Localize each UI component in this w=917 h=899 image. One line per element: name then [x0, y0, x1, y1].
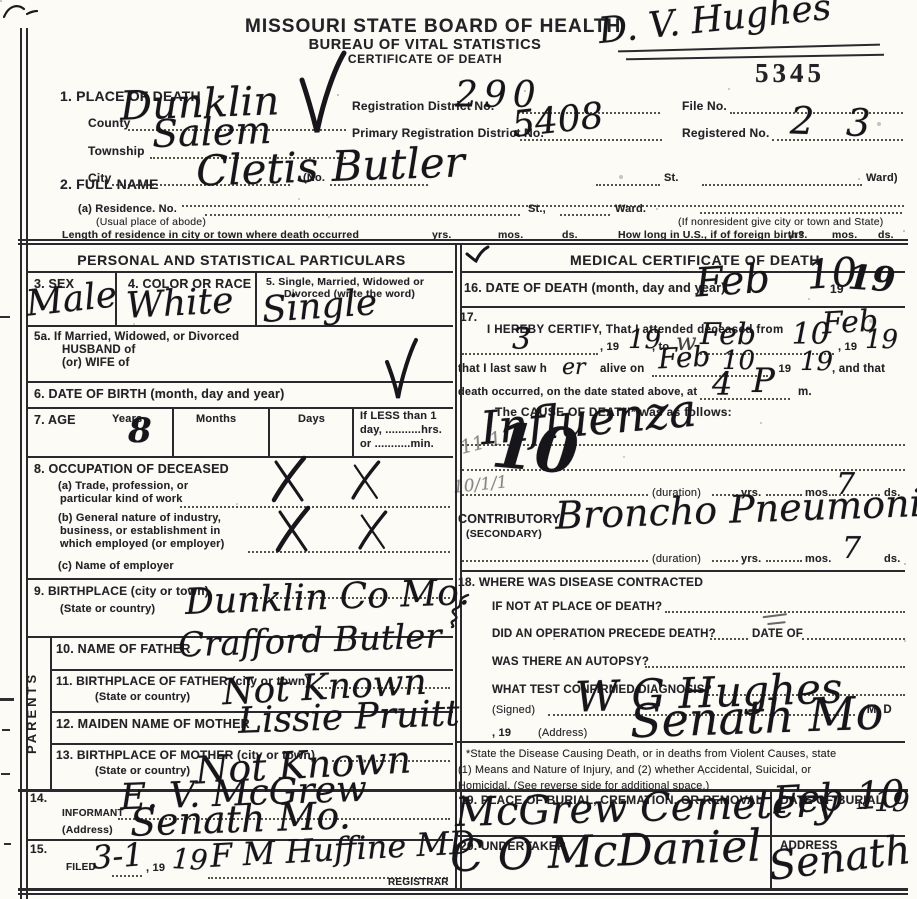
ward-dotted-line — [702, 184, 862, 186]
length-residence-label: Length of residence in city or town wher… — [62, 229, 359, 241]
filed-number: 15. — [30, 843, 47, 857]
attended-to-year-handwriting: 19 — [865, 327, 898, 353]
burial-year-handwriting: 19 — [874, 788, 910, 816]
cell-divider — [352, 407, 354, 456]
signed-year-label: , 19 — [492, 727, 511, 740]
last-saw-year-handwriting: 19 — [800, 349, 833, 375]
st-dotted-line — [596, 184, 660, 186]
margin-dash — [2, 729, 10, 731]
rule — [26, 325, 453, 327]
margin-dash — [4, 843, 11, 845]
occupation-c-label: (c) Name of employer — [58, 560, 174, 573]
attended-from-year-handwriting: 19 — [628, 327, 661, 353]
filed-date-handwriting: 3-1 — [91, 838, 145, 874]
item18-line1: IF NOT AT PLACE OF DEATH? — [492, 601, 662, 614]
age-months-label: Months — [196, 413, 236, 426]
rule — [26, 271, 453, 273]
duration2-dots — [766, 560, 802, 562]
checkmark-icon — [383, 338, 417, 400]
birthplace-value-handwriting: Dunklin Co Mo. — [184, 575, 470, 621]
sex-value-handwriting: Male — [24, 277, 118, 322]
personal-heading: PERSONAL AND STATISTICAL PARTICULARS — [30, 252, 453, 268]
duration2-ds-label: ds. — [884, 553, 901, 566]
cell-divider — [268, 407, 270, 456]
filed-label: Filed — [66, 862, 96, 874]
nonresident-note: (If nonresident give city or town and St… — [678, 216, 884, 228]
x-mark-icon — [272, 506, 312, 552]
item5a-line2: HUSBAND of — [62, 344, 136, 357]
full-name-value-handwriting: Cletis Butler — [195, 141, 465, 192]
occupation-heading: 8. OCCUPATION OF DECEASED — [34, 462, 229, 476]
duration2-mos-value-handwriting: 7 — [842, 534, 861, 564]
occupation-b-line3: which employed (or employer) — [60, 538, 225, 551]
residence-ward-label: Ward. — [615, 203, 646, 216]
margin-dash — [0, 316, 10, 318]
form-title: MISSOURI STATE BOARD OF HEALTH — [245, 16, 605, 38]
age-less-line1: If LESS than 1 — [360, 410, 437, 423]
corner-scribble-mark — [2, 2, 38, 20]
duration2-yrs-label: yrs. — [741, 553, 761, 566]
birthplace-label: 9. BIRTHPLACE (city or town) — [34, 585, 209, 599]
checkmark-icon — [465, 245, 489, 263]
father-name-label: 10. NAME OF FATHER — [56, 642, 191, 656]
duration2-label: (duration) — [652, 553, 701, 566]
rule-top-section-2 — [18, 243, 908, 245]
occupation-b-line1: (b) General nature of industry, — [58, 512, 221, 525]
certificate-number: 5345 — [755, 58, 825, 89]
signed-label: (Signed) — [492, 704, 535, 717]
occupation-b-line2: business, or establishment in — [60, 525, 220, 538]
item18-line2: DID AN OPERATION PRECEDE DEATH? — [492, 628, 716, 641]
race-value-handwriting: White — [125, 283, 234, 325]
mother-name-handwriting: Lissie Pruitt — [237, 696, 460, 740]
primary-reg-value-handwriting: 5408 — [510, 98, 605, 143]
attended-from-day-handwriting: 3 — [512, 325, 531, 355]
occupation-a-dotted-line — [180, 506, 450, 508]
alive-on-label: alive on — [600, 363, 644, 376]
age-years-value-handwriting: 8 — [128, 414, 152, 448]
informant-number: 14. — [30, 792, 47, 806]
parents-side-label: PARENTS — [24, 648, 44, 778]
top-signature-handwriting: D. V. Hughes — [597, 0, 833, 50]
ward-label: Ward) — [866, 172, 898, 185]
rule — [26, 407, 453, 409]
item18-heading: 18. WHERE WAS DISEASE CONTRACTED — [458, 576, 703, 590]
and-that-label: , and that — [832, 363, 885, 376]
date-of-death-label: 16. DATE OF DEATH (month, day and year) — [464, 281, 726, 295]
m-label: m. — [798, 386, 812, 399]
x-mark-icon — [355, 510, 389, 550]
filed-dotted-line — [112, 875, 142, 877]
informant-address-label: (Address) — [62, 824, 113, 836]
margin-dash — [1, 773, 10, 775]
contributory-value-handwriting: Broncho Pneumonia — [554, 483, 917, 535]
filed-year-handwriting: 19 — [171, 845, 208, 875]
registered-no-value-handwriting: 2 3 — [789, 101, 881, 142]
dod-year-handwriting: 19 — [847, 260, 897, 297]
birthplace-sublabel: (State or country) — [60, 603, 155, 616]
death-certificate-scan: MISSOURI STATE BOARD OF HEALTH BUREAU OF… — [0, 0, 917, 899]
township-label: Township — [88, 145, 145, 159]
attended-to-date-handwriting: Feb 10 — [700, 320, 830, 350]
last-saw-suffix-handwriting: er — [562, 357, 586, 379]
length-yrs-label: yrs. — [432, 229, 451, 241]
contributory-label: CONTRIBUTORY — [458, 512, 560, 526]
certify-year1-label: , 19 — [600, 341, 619, 354]
footnote-line2: (1) Means and Nature of Injury, and (2) … — [458, 764, 811, 776]
item5a-line3: (or) WIFE of — [62, 357, 130, 370]
residence-st-label: St., — [528, 203, 546, 216]
rule — [461, 570, 905, 572]
footnote-line1: *State the Disease Causing Death, or in … — [466, 748, 836, 760]
age-less-line3: or ...........min. — [360, 438, 434, 451]
cell-divider — [255, 271, 257, 325]
residence-ward-dotted-line — [560, 214, 610, 216]
duration2-mos-label: mos. — [805, 553, 831, 566]
last-saw-line-label: that I last saw h — [458, 363, 547, 376]
occupation-a-line1: (a) Trade, profession, or — [58, 480, 188, 493]
date-of-label: DATE OF — [752, 628, 803, 641]
signed-address-label: (Address) — [538, 727, 587, 740]
x-mark-icon — [348, 460, 382, 500]
father-birthplace-sublabel: (State or country) — [95, 691, 190, 704]
death-ampm-handwriting: P — [752, 364, 775, 398]
rule — [26, 456, 453, 458]
undertaker-handwriting: C O McDaniel — [449, 825, 762, 880]
registrar-label: Registrar — [388, 877, 449, 889]
item18-line3: WAS THERE AN AUTOPSY? — [492, 656, 649, 669]
file-no-label: File No. — [682, 100, 727, 114]
marital-value-handwriting: Single — [261, 285, 378, 329]
abode-note: (Usual place of abode) — [96, 216, 206, 228]
mother-name-label: 12. MAIDEN NAME OF MOTHER — [56, 717, 250, 731]
residence-dotted-line — [205, 214, 520, 216]
item5a-line1: 5a. If Married, Widowed, or Divorced — [34, 331, 239, 344]
us-length-label: How long in U.S., if of foreign birth? — [618, 229, 805, 241]
us-mos-label: mos. — [832, 229, 857, 241]
left-border-outer — [20, 28, 22, 899]
length-ds-label: ds. — [562, 229, 578, 241]
item18-dots-3 — [802, 638, 905, 640]
age-less-line2: day, ...........hrs. — [360, 424, 442, 437]
full-name-label: 2. FULL NAME — [60, 176, 159, 192]
father-name-handwriting: Crafford Butler — [177, 619, 442, 662]
us-yrs-label: yrs. — [788, 229, 807, 241]
item17-number: 17. — [460, 311, 477, 325]
cell-divider — [172, 407, 174, 456]
us-ds-label: ds. — [878, 229, 894, 241]
undertaker-address-handwriting: Senath Mo. — [766, 819, 917, 887]
margin-dash — [0, 698, 14, 701]
bottom-border-inner — [18, 893, 908, 895]
nonresident-dotted-line — [700, 212, 902, 214]
residence-label: (a) Residence. No. — [78, 203, 177, 216]
stray-scribble-mark — [446, 592, 472, 628]
physician-address-handwriting: Senath Mo — [629, 690, 884, 745]
length-mos-label: mos. — [498, 229, 523, 241]
informant-label: Informant — [62, 808, 124, 820]
dob-label: 6. DATE OF BIRTH (month, day and year) — [34, 387, 284, 401]
age-label: 7. AGE — [34, 413, 76, 427]
registered-no-label: Registered No. — [682, 127, 770, 141]
checkmark-icon — [296, 50, 346, 135]
filed-year-label: , 19 — [146, 862, 165, 875]
x-mark-icon — [268, 456, 308, 502]
date-of-death-handwriting: Feb 10 — [694, 252, 859, 303]
st-label: St. — [664, 172, 679, 185]
certify-year2-label: , 19 — [838, 341, 857, 354]
last-saw-month-handwriting: Feb — [657, 343, 711, 374]
death-hour-handwriting: 4 — [712, 368, 732, 400]
secondary-label: (SECONDARY) — [466, 528, 542, 540]
occupation-a-line2: particular kind of work — [60, 493, 183, 506]
duration2-dotted-line — [462, 560, 648, 562]
age-days-label: Days — [298, 413, 325, 426]
duration2-dots — [712, 560, 738, 562]
